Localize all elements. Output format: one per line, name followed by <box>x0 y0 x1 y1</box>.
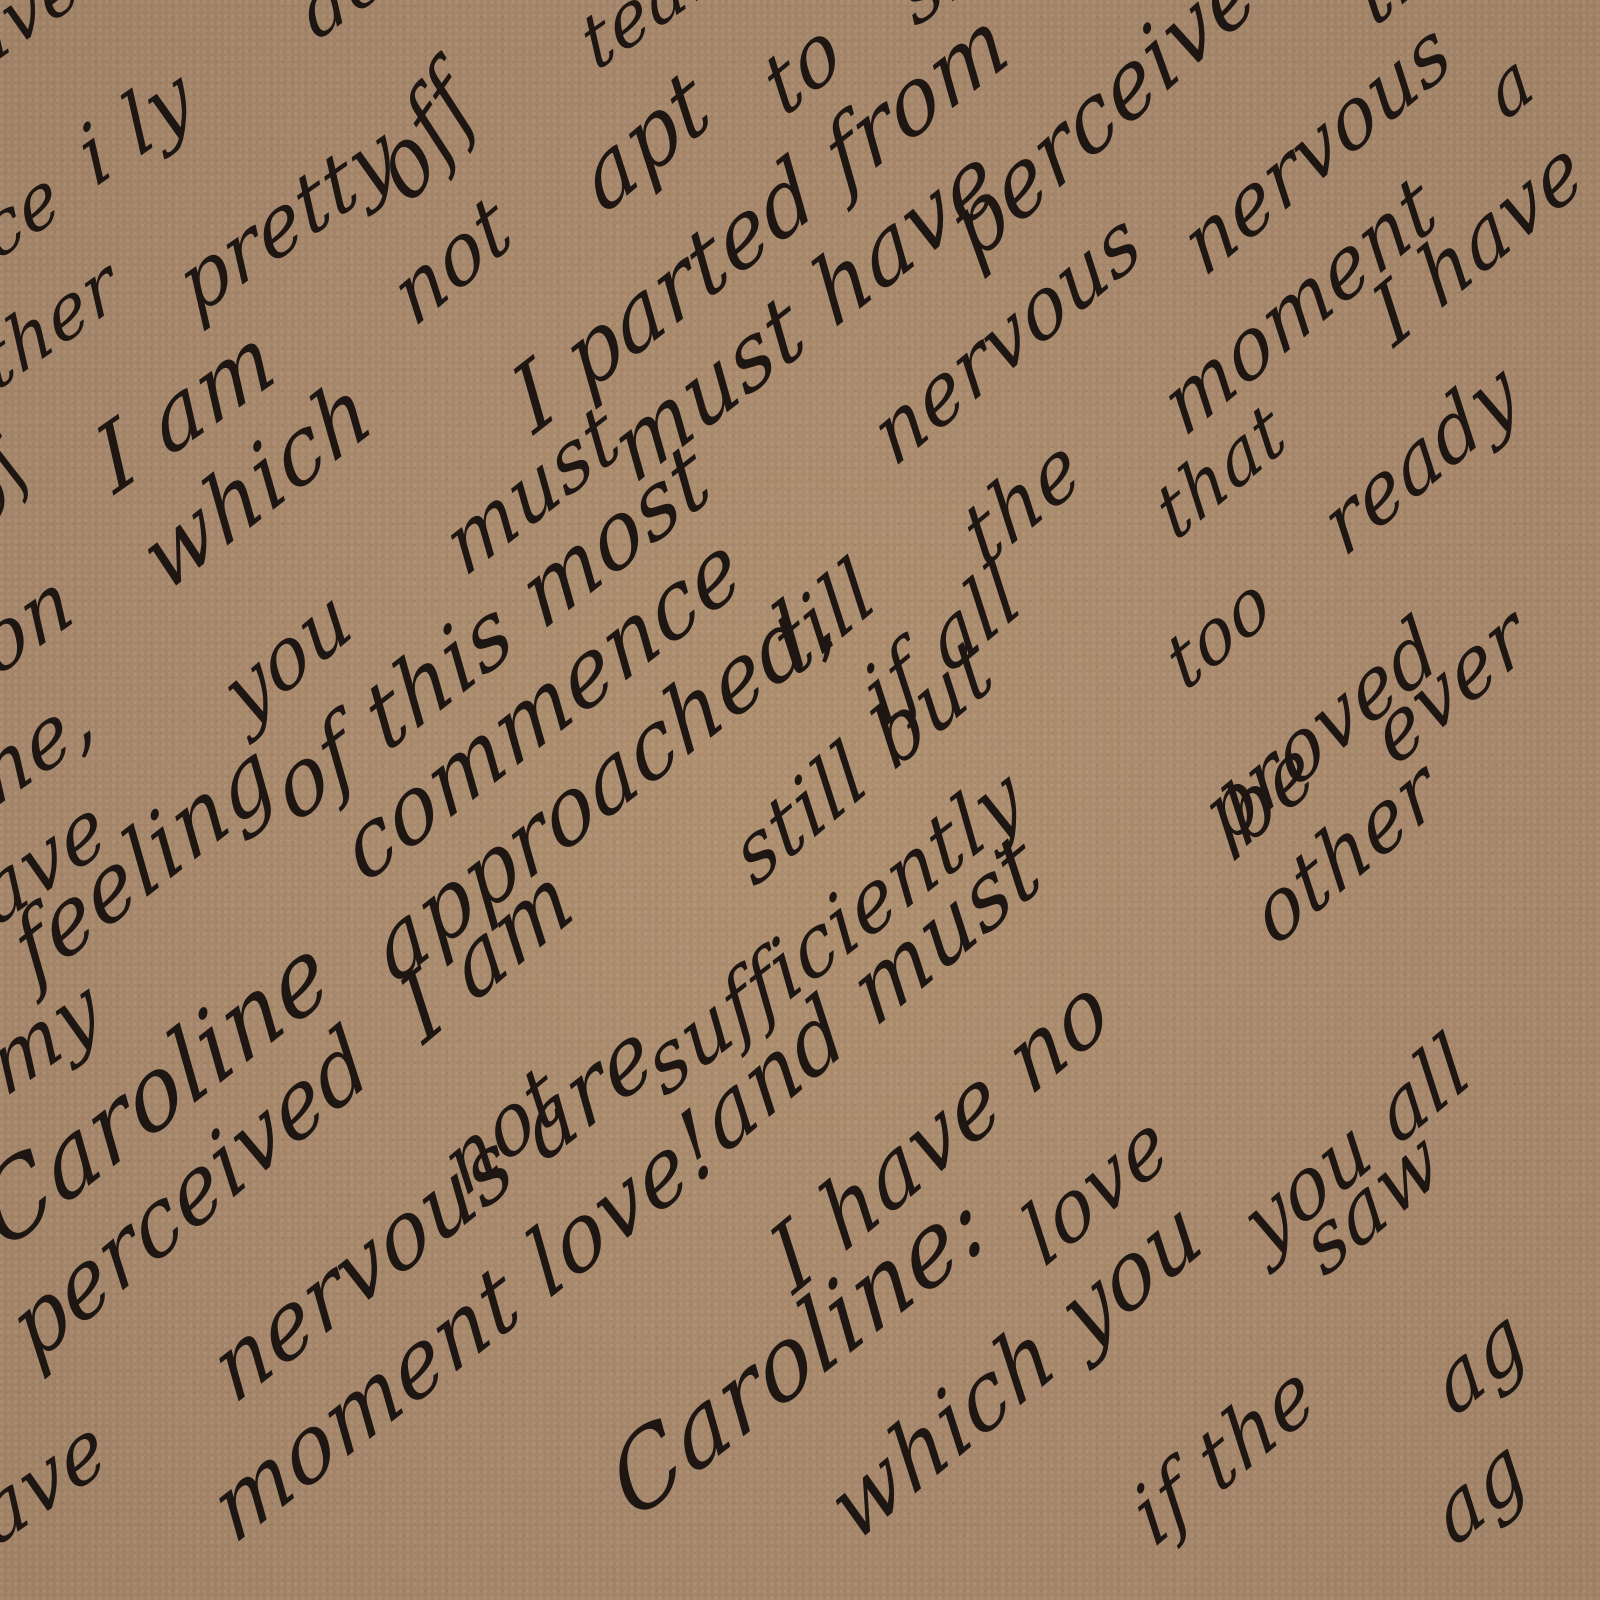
handwritten-word: i ly <box>68 53 203 200</box>
kraft-paper-background: ive itdecei lyprettyofftearstoshowtherI … <box>0 0 1600 1600</box>
handwritten-word: ce <box>0 156 70 272</box>
handwritten-word: ag <box>1422 1293 1538 1430</box>
handwritten-word: ive it <box>0 0 153 72</box>
handwritten-word: a <box>1475 39 1543 132</box>
handwritten-word: ave <box>0 1403 117 1560</box>
handwritten-word: of <box>0 416 40 540</box>
handwritten-word: ready <box>1312 347 1530 570</box>
handwritten-word: de <box>291 0 394 52</box>
handwritten-word: not <box>382 181 524 340</box>
handwritten-word: ther <box>0 245 128 402</box>
handwritten-word: ag <box>1422 1423 1538 1560</box>
handwritten-word: too <box>1155 561 1280 702</box>
handwritten-word: if the <box>1122 1348 1327 1560</box>
